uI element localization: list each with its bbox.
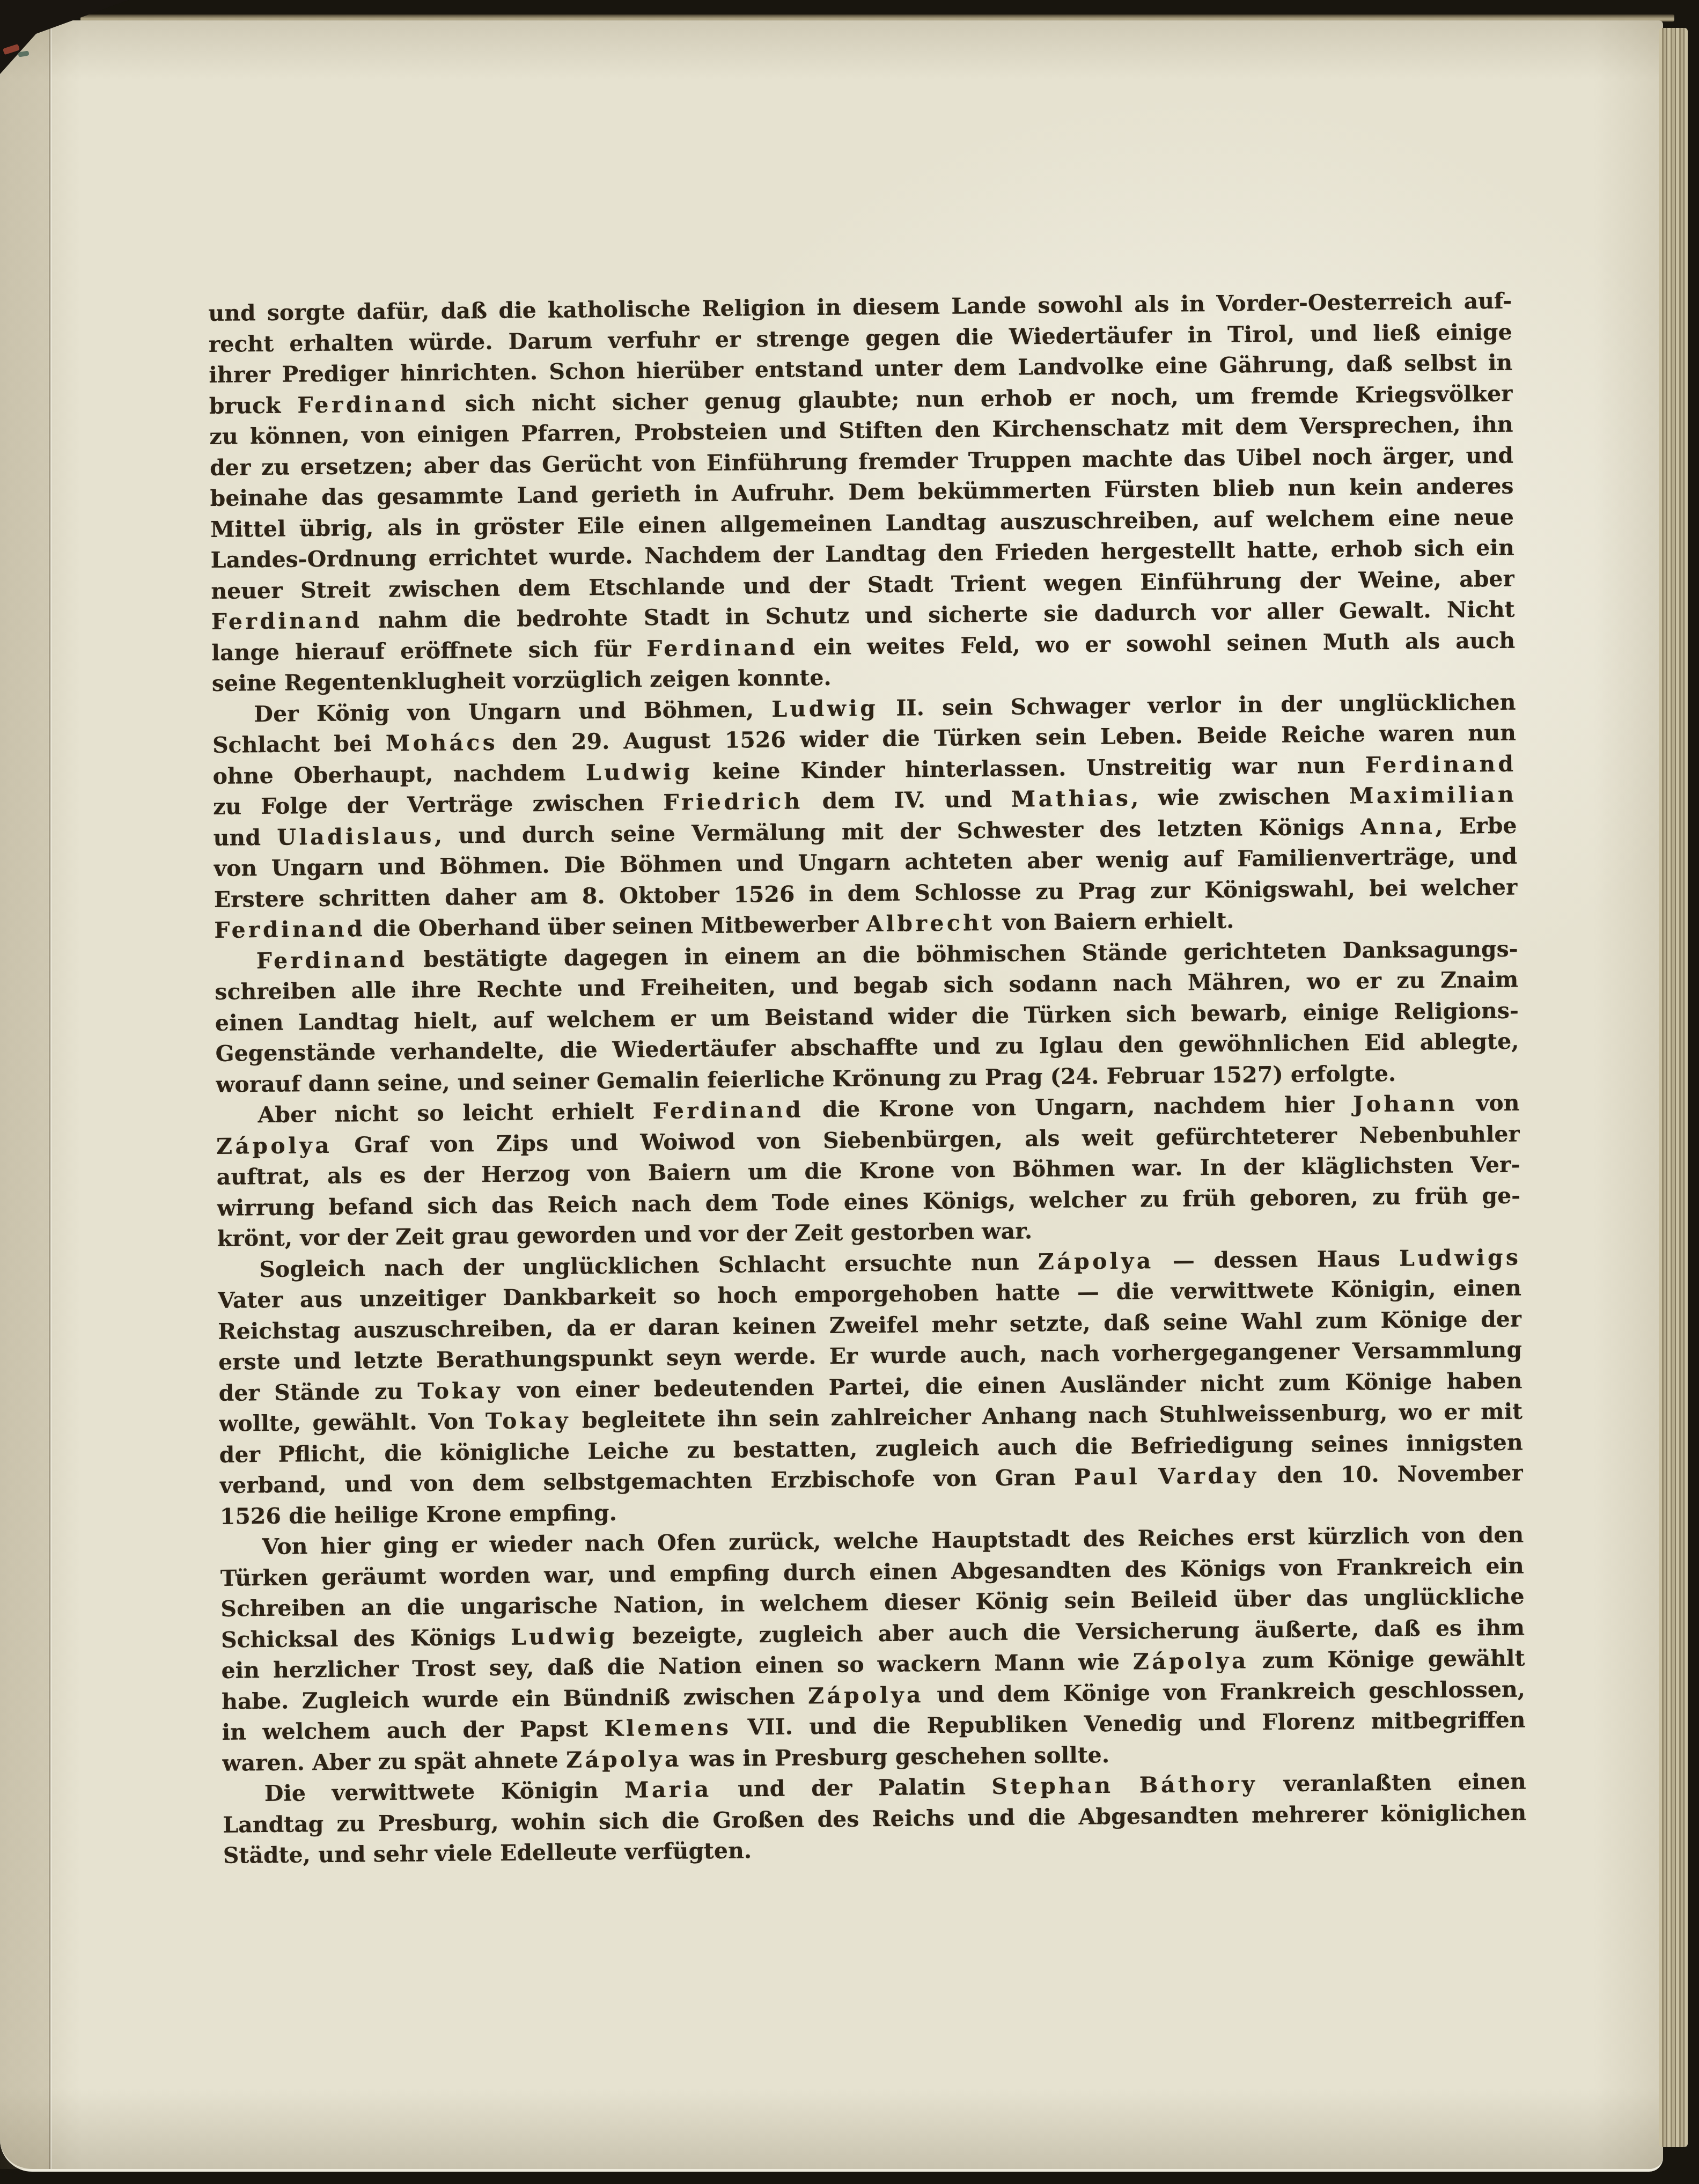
spaced-name: Zápolya	[1038, 1248, 1154, 1275]
spaced-name: Ferdinand	[256, 946, 408, 974]
spaced-name: Klemens	[604, 1715, 731, 1741]
spaced-name: Mathias	[1011, 785, 1131, 812]
paragraph: Aber nicht so leicht erhielt Ferdinand d…	[216, 1088, 1521, 1255]
paragraph: Ferdinand bestätigte dagegen in einem an…	[215, 933, 1520, 1100]
spaced-name: Johann	[1353, 1091, 1458, 1117]
paragraph: Von hier ging er wieder nach Ofen zurück…	[220, 1520, 1526, 1779]
spaced-name: Albrecht	[866, 910, 995, 937]
paragraph: Sogleich nach der unglücklichen Schlacht…	[217, 1242, 1524, 1532]
spaced-name: Ludwig	[771, 695, 878, 722]
spaced-name: Ferdinand	[1365, 751, 1517, 778]
paragraph: Der König von Ungarn und Böhmen, Ludwig …	[212, 687, 1518, 946]
spaced-name: Ferdinand	[214, 916, 365, 943]
spaced-name: Ferdinand	[652, 1097, 804, 1124]
spaced-name: Friedrich	[663, 788, 803, 815]
spaced-name: Stephan	[991, 1773, 1113, 1799]
spaced-name: Maximilian	[1349, 782, 1517, 809]
spaced-name: Zápolya	[566, 1746, 682, 1773]
paragraph: Die verwittwete Königin Maria und der Pa…	[222, 1767, 1527, 1872]
book-photo: und sorgte dafür, daß die katholische Re…	[0, 0, 1699, 2184]
paragraph: und sorgte dafür, daß die katholische Re…	[208, 286, 1516, 700]
spaced-name: Ludwig	[1399, 1244, 1506, 1271]
spaced-name: Tokay	[486, 1408, 571, 1435]
spaced-name: Ferdinand	[646, 634, 798, 661]
spaced-name: Paul	[1074, 1464, 1140, 1490]
spaced-name: Ferdinand	[211, 607, 363, 635]
page-text: und sorgte dafür, daß die katholische Re…	[208, 286, 1527, 1872]
spaced-name: Zápolya	[808, 1682, 924, 1709]
spaced-name: Mohács	[386, 730, 498, 756]
spaced-name: Anna	[1360, 813, 1436, 840]
spaced-name: Ferdinand	[297, 391, 448, 418]
page-edge-stack	[1659, 28, 1688, 2147]
book-page: und sorgte dafür, daß die katholische Re…	[0, 20, 1663, 2172]
page-gutter	[0, 20, 48, 2169]
spaced-name: Tokay	[417, 1377, 503, 1404]
spaced-name: Uladislaus	[277, 822, 435, 850]
spaced-name: Ludwig	[586, 759, 693, 785]
spaced-name: Báthory	[1139, 1771, 1258, 1798]
page-crease	[48, 20, 52, 2169]
spaced-name: Maria	[624, 1776, 712, 1803]
spaced-name: Ludwig	[511, 1623, 617, 1650]
spaced-name: Ludwigs	[1399, 1244, 1521, 1271]
spaced-name: Zápolya	[1133, 1648, 1249, 1674]
spaced-name: Varday	[1158, 1462, 1259, 1489]
spaced-name: Zápolya	[216, 1132, 332, 1159]
